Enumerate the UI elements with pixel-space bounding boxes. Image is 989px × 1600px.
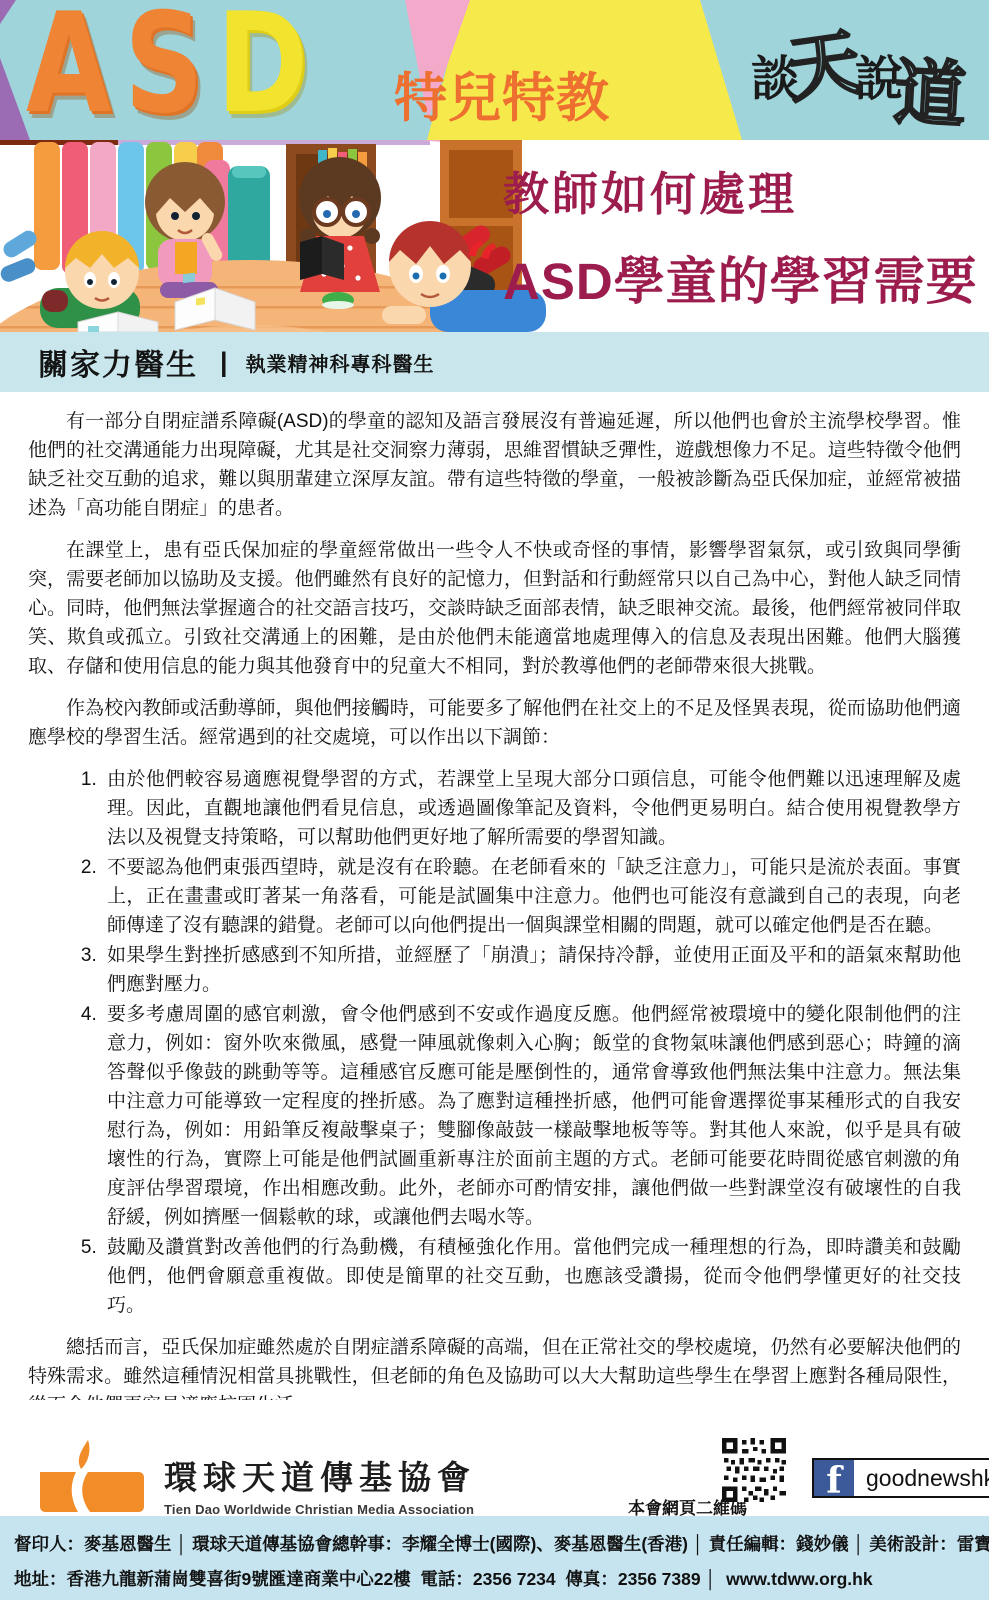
footer-row: 環球天道傳基協會 Tien Dao Worldwide Christian Me… [0,1432,989,1514]
article-body: 有一部分自閉症譜系障礙(ASD)的學童的認知及語言發展沒有普遍延遲，所以他們也會… [0,392,989,1400]
facebook-badge[interactable]: f goodnewshk [812,1458,989,1498]
org-logo: 環球天道傳基協會 Tien Dao Worldwide Christian Me… [30,1438,476,1517]
title-line1: 教師如何處理 [503,158,978,224]
conclusion-paragraph: 總括而言，亞氏保加症雖然處於自閉症譜系障礙的高端，但在正常社交的學校處境，仍然有… [28,1333,961,1400]
list-item-2: 不要認為他們東張西望時，就是沒有在聆聽。在老師看來的「缺乏注意力」，可能只是流於… [102,853,961,940]
article-title: 教師如何處理 “ASD學童的學習需要 [503,158,978,314]
list-item-4: 要多考慮周圍的感官刺激，會令他們感到不安或作過度反應。他們經常被環境中的變化限制… [102,1000,961,1232]
list-item-5: 鼓勵及讚賞對改善他們的行為動機，有積極強化作用。當他們完成一種理想的行為，即時讚… [102,1233,961,1320]
paragraph-2: 在課堂上，患有亞氏保加症的學童經常做出一些令人不快或奇怪的事情，影響學習氣氛，或… [28,536,961,681]
paragraph-3: 作為校內教師或活動導師，與他們接觸時，可能要多了解他們在社交上的不足及怪異表現，… [28,694,961,752]
credits-line1: 督印人：麥基恩醫生 │ 環球天道傳基協會總幹事：李耀全博士(國際)、麥基恩醫生(… [14,1531,989,1556]
advice-list: 由於他們較容易適應視覺學習的方式，若課堂上呈現大部分口頭信息，可能令他們難以迅速… [28,765,961,1320]
title-line2: “ASD學童的學習需要 [503,240,978,314]
author-separator: | [220,347,228,378]
credits-line2: 地址：香港九龍新蒲崗雙喜街9號匯達商業中心22樓 電話：2356 7234 傳真… [14,1566,989,1591]
list-item-1: 由於他們較容易適應視覺學習的方式，若課堂上呈現大部分口頭信息，可能令他們難以迅速… [102,765,961,852]
letter-d: D [217,0,321,134]
qr-code[interactable] [722,1438,786,1502]
letter-a: A [26,0,124,134]
facebook-icon: f [814,1460,854,1496]
list-item-3: 如果學生對挫折感感到不知所措，並經歷了「崩潰」；請保持冷靜，並使用正面及平和的語… [102,941,961,999]
page: ASD 特兒特教 談天說道 [0,0,989,1600]
credits-bar: 督印人：麥基恩醫生 │ 環球天道傳基協會總幹事：李耀全博士(國際)、麥基恩醫生(… [0,1516,989,1600]
header-banner: ASD 特兒特教 談天說道 [0,0,989,140]
org-name-en: Tien Dao Worldwide Christian Media Assoc… [164,1502,476,1517]
masthead-logo: 談天說道 [751,22,967,126]
masthead-char: 道 [892,34,969,140]
hero-section: 教師如何處理 “ASD學童的學習需要 [0,140,989,332]
girl-glasses [299,157,381,309]
masthead-char: 天 [780,4,866,117]
letter-s: S [124,0,216,134]
candle-logo-icon [30,1438,148,1512]
asd-letters: ASD [26,0,321,134]
facebook-handle: goodnewshk [854,1460,989,1496]
paragraph-1: 有一部分自閉症譜系障礙(ASD)的學童的認知及語言發展沒有普遍延遲，所以他們也會… [28,407,961,523]
org-name-zh: 環球天道傳基協會 [164,1452,476,1499]
author-bar: 關家力醫生 | 執業精神科專科醫生 [0,332,989,392]
author-name: 關家力醫生 [38,340,198,384]
banner-subtitle: 特兒特教 [394,56,610,132]
author-credential: 執業精神科專科醫生 [246,348,435,377]
